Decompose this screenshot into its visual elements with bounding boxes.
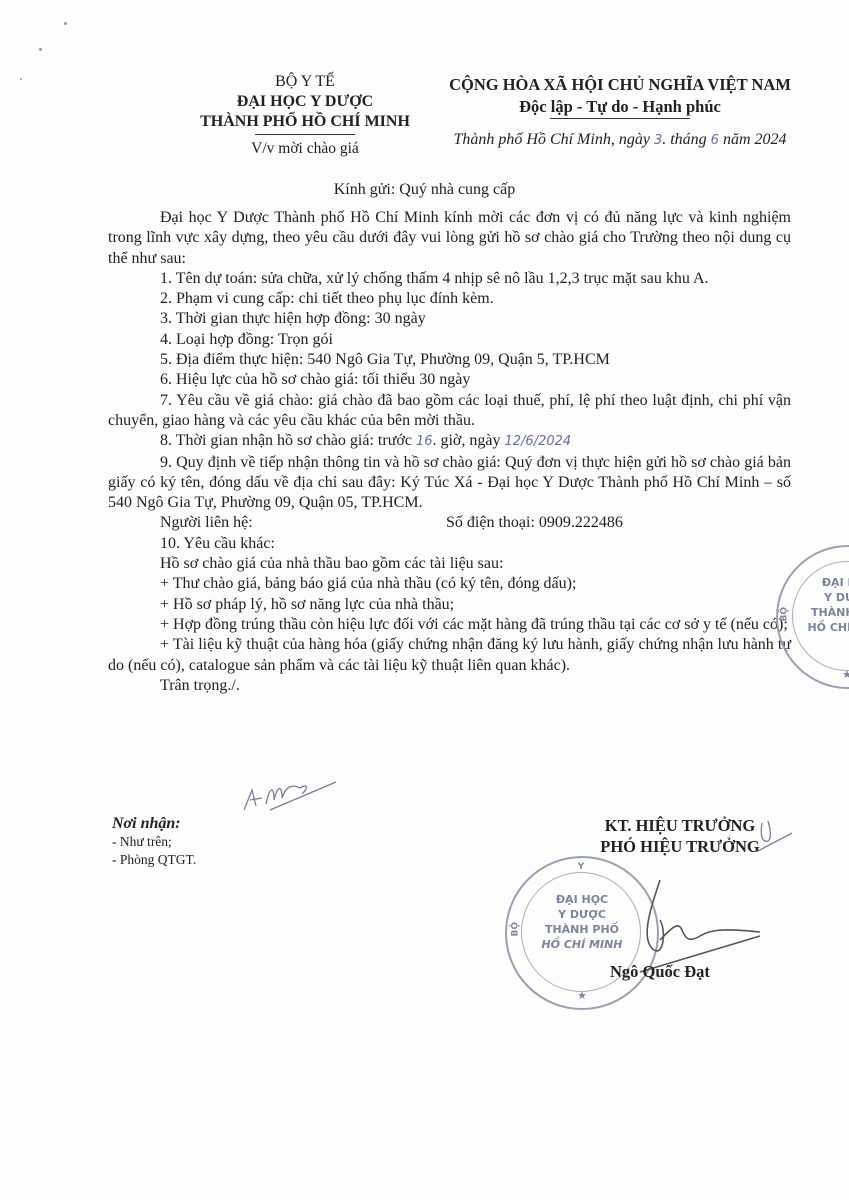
ministry-name: BỘ Y TẾ — [170, 72, 440, 92]
item-6: 6. Hiệu lực của hồ sơ chào giá: tối thiể… — [108, 370, 791, 390]
handwritten-month: 6 — [711, 133, 719, 148]
org-name-line1: ĐẠI HỌC Y DƯỢC — [170, 92, 440, 112]
letter-body: Đại học Y Dược Thành phố Hồ Chí Minh kín… — [108, 208, 791, 696]
recipient-item: - Phòng QTGT. — [112, 851, 196, 869]
month-label: tháng — [670, 131, 706, 148]
recipient-item: - Như trên; — [112, 833, 196, 851]
stamp-star-icon: ★ — [838, 667, 849, 682]
salutation: Kính gửi: Quý nhà cung cấp — [0, 181, 849, 199]
item-8-mid: giờ, ngày — [440, 432, 500, 449]
contact-phone: Số điện thoại: 0909.222486 — [446, 513, 623, 533]
initials-signature — [240, 776, 340, 816]
stamp-side-text: BỘ — [509, 923, 524, 937]
stamp-line: THÀNH PHỐ — [798, 605, 849, 620]
stamp-top-text: Y — [571, 860, 591, 875]
issue-date: Thành phố Hồ Chí Minh, ngày 3. tháng 6 n… — [420, 131, 820, 149]
document-subject: V/v mời chào giá — [170, 139, 440, 159]
org-name-line2: THÀNH PHỐ HỒ CHÍ MINH — [170, 112, 440, 132]
item-5: 5. Địa điểm thực hiện: 540 Ngô Gia Tự, P… — [108, 350, 791, 370]
scan-speck — [64, 22, 67, 25]
issuer-block: BỘ Y TẾ ĐẠI HỌC Y DƯỢC THÀNH PHỐ HỒ CHÍ … — [170, 72, 440, 159]
approval-tick — [756, 815, 796, 855]
signer-name: Ngô Quốc Đạt — [610, 962, 710, 982]
required-doc: + Hồ sơ pháp lý, hồ sơ năng lực của nhà … — [108, 595, 791, 615]
stamp-line: ĐẠI HỌC — [798, 575, 849, 590]
item-10-title: 10. Yêu cầu khác: — [108, 534, 791, 554]
required-doc: + Tài liệu kỹ thuật của hàng hóa (giấy c… — [108, 635, 791, 676]
scan-speck — [20, 78, 22, 80]
contact-person-label: Người liên hệ: — [108, 513, 446, 533]
handwritten-deadline-date: 12/6/2024 — [505, 434, 572, 449]
scan-speck — [39, 48, 42, 51]
header-divider — [255, 134, 355, 135]
item-9: 9. Quy định về tiếp nhận thông tin và hồ… — [108, 453, 791, 514]
date-prefix: Thành phố Hồ Chí Minh, ngày — [453, 131, 649, 148]
item-10-lead: Hồ sơ chào giá của nhà thầu bao gồm các … — [108, 554, 791, 574]
handwritten-day: 3 — [654, 133, 662, 148]
year-label: năm 2024 — [723, 131, 787, 148]
required-doc: + Thư chào giá, bảng báo giá của nhà thầ… — [108, 574, 791, 594]
item-3: 3. Thời gian thực hiện hợp đồng: 30 ngày — [108, 309, 791, 329]
item-7: 7. Yêu cầu về giá chào: giá chào đã bao … — [108, 391, 791, 432]
stamp-star-icon: ★ — [573, 988, 591, 1003]
item-8: 8. Thời gian nhận hồ sơ chào giá: trước … — [108, 431, 791, 452]
item-4: 4. Loại hợp đồng: Trọn gói — [108, 330, 791, 350]
edge-stamp-text: ĐẠI HỌC Y DƯỢC THÀNH PHỐ HỒ CHÍ MINH — [798, 575, 849, 635]
stamp-line: Y DƯỢC — [798, 590, 849, 605]
nation-title: CỘNG HÒA XÃ HỘI CHỦ NGHĨA VIỆT NAM — [420, 74, 820, 96]
contact-row: Người liên hệ: Số điện thoại: 0909.22248… — [108, 513, 791, 533]
item-8-prefix: 8. Thời gian nhận hồ sơ chào giá: trước — [160, 432, 412, 449]
item-2: 2. Phạm vi cung cấp: chi tiết theo phụ l… — [108, 289, 791, 309]
recipients-block: Nơi nhận: - Như trên; - Phòng QTGT. — [112, 815, 196, 869]
stamp-side-text: BỘ — [778, 608, 793, 622]
handwritten-hour: 16 — [416, 434, 433, 449]
required-doc: + Hợp đồng trúng thầu còn hiệu lực đối v… — [108, 615, 791, 635]
closing: Trân trọng./. — [108, 676, 791, 696]
national-motto: Độc lập - Tự do - Hạnh phúc — [420, 96, 820, 118]
recipients-title: Nơi nhận: — [112, 815, 196, 833]
national-header: CỘNG HÒA XÃ HỘI CHỦ NGHĨA VIỆT NAM Độc l… — [420, 74, 820, 119]
item-1: 1. Tên dự toán: sửa chữa, xử lý chống th… — [108, 269, 791, 289]
stamp-line: HỒ CHÍ MINH — [798, 620, 849, 635]
intro-paragraph: Đại học Y Dược Thành phố Hồ Chí Minh kín… — [108, 208, 791, 269]
motto-underline — [550, 118, 690, 119]
